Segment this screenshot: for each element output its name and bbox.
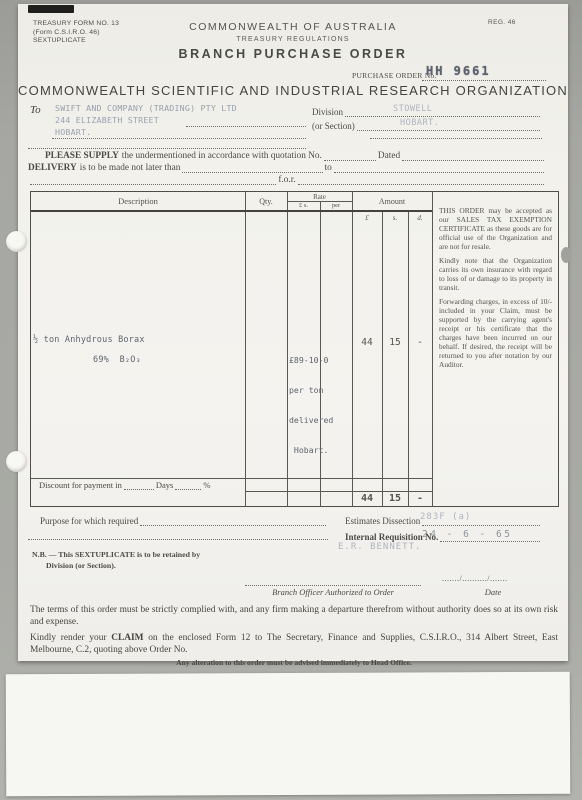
total-pence: - bbox=[408, 493, 432, 504]
purpose-label: Purpose for which required bbox=[40, 516, 138, 526]
purpose-row: Purpose for which required bbox=[40, 516, 328, 526]
reg-ref: REG. 46 bbox=[488, 19, 516, 26]
item-rate: £89-10-0 per ton delivered Hobart. bbox=[289, 335, 351, 475]
for-row: f.o.r. bbox=[28, 175, 546, 185]
delivery-to-label: to bbox=[325, 163, 332, 173]
division-line bbox=[345, 113, 540, 117]
section-value: HOBART. bbox=[400, 118, 439, 128]
page-edge-mark bbox=[561, 247, 571, 263]
division-extra-line bbox=[370, 135, 542, 139]
date-label: Date bbox=[458, 587, 528, 597]
division-value: STOWELL bbox=[393, 104, 432, 114]
for-line-2 bbox=[298, 181, 544, 185]
estimates-line bbox=[422, 522, 540, 526]
ink-smudge bbox=[28, 5, 74, 13]
claim-pre: Kindly render your bbox=[30, 633, 107, 643]
internal-req-value: 24 - 6 - 65 bbox=[422, 529, 512, 540]
delivery-lead: DELIVERY bbox=[28, 163, 77, 173]
discount-pct-line bbox=[175, 486, 201, 490]
discount-pct-label: % bbox=[203, 480, 210, 490]
commonwealth-heading: COMMONWEALTH OF AUSTRALIA bbox=[18, 21, 568, 33]
section-line bbox=[357, 127, 540, 131]
date-field: ......./........../....... bbox=[442, 574, 507, 583]
col-rate-sub1: £ s. bbox=[287, 202, 320, 209]
address-line-1 bbox=[186, 123, 306, 127]
officer-label: Branch Officer Authorized to Order bbox=[245, 587, 421, 597]
quotation-no-line bbox=[324, 157, 376, 161]
dated-label: Dated bbox=[378, 151, 400, 161]
alteration-note: Any alteration to this order must be adv… bbox=[30, 658, 558, 667]
nb-line-1: N.B. — This SEXTUPLICATE is to be retain… bbox=[32, 550, 200, 559]
page-title: BRANCH PURCHASE ORDER bbox=[18, 47, 568, 61]
for-line-1 bbox=[30, 181, 276, 185]
note-forwarding-charges: Forwarding charges, in excess of 10/- in… bbox=[439, 297, 552, 369]
claim-word: CLAIM bbox=[111, 633, 143, 643]
vendor-street: 244 ELIZABETH STREET bbox=[55, 115, 159, 125]
to-label: To bbox=[30, 104, 41, 116]
punch-hole-top bbox=[6, 231, 27, 252]
col-rate: Rate bbox=[287, 193, 352, 201]
delivery-line-1 bbox=[182, 169, 322, 173]
col-amount-shillings: s. bbox=[382, 214, 408, 222]
purchase-order-form: TREASURY FORM NO. 13 (Form C.S.I.R.O. 46… bbox=[18, 4, 568, 661]
claim-paragraph: Kindly render your CLAIM on the enclosed… bbox=[30, 633, 558, 656]
discount-row: Discount for payment in Days % bbox=[39, 480, 244, 490]
scanned-document: TREASURY FORM NO. 13 (Form C.S.I.R.O. 46… bbox=[0, 0, 582, 800]
division-label: Division bbox=[312, 107, 343, 117]
please-supply-row: PLEASE SUPPLY the undermentioned in acco… bbox=[45, 151, 546, 161]
vendor-name: SWIFT AND COMPANY (TRADING) PTY LTD bbox=[55, 103, 237, 113]
claim-post: on the enclosed Form 12 to The Secretary… bbox=[30, 633, 558, 655]
for-label: f.o.r. bbox=[278, 175, 295, 185]
please-supply-lead: PLEASE SUPPLY bbox=[45, 151, 119, 161]
please-supply-body: the undermentioned in accordance with qu… bbox=[122, 151, 322, 161]
punch-hole-bottom bbox=[6, 451, 27, 472]
col-amount-pounds: £ bbox=[352, 214, 382, 222]
item-amount-pence: - bbox=[408, 337, 432, 348]
terms-paragraph: The terms of this order must be strictly… bbox=[30, 605, 558, 628]
note-sales-tax: THIS ORDER may be accepted as our SALES … bbox=[439, 206, 552, 251]
purpose-line bbox=[140, 522, 326, 526]
col-amount: Amount bbox=[352, 197, 432, 206]
delivery-row: DELIVERY is to be made not later than to bbox=[28, 163, 546, 173]
col-rate-sub2: per bbox=[320, 202, 352, 209]
dated-line bbox=[402, 157, 544, 161]
delivery-line-2 bbox=[334, 169, 544, 173]
organization-name: COMMONWEALTH SCIENTIFIC AND INDUSTRIAL R… bbox=[18, 83, 568, 98]
purpose-line-2 bbox=[28, 536, 328, 540]
address-line-3 bbox=[28, 145, 306, 149]
discount-label: Discount for payment in bbox=[39, 480, 122, 490]
total-pounds: 44 bbox=[352, 493, 382, 504]
treasury-regulations: TREASURY REGULATIONS bbox=[18, 36, 568, 43]
item-description-line1: ½ ton Anhydrous Borax bbox=[33, 335, 145, 345]
address-line-2 bbox=[52, 135, 306, 139]
po-number-stamp: HH 9661 bbox=[426, 64, 491, 78]
order-table: Description Qty. Rate £ s. per Amount £ … bbox=[30, 191, 559, 507]
nb-line-2: Division (or Section). bbox=[46, 561, 116, 570]
item-amount-shillings: 15 bbox=[382, 337, 408, 348]
note-insurance: Kindly note that the Organization carrie… bbox=[439, 256, 552, 292]
typed-signature: E.R. BENNETT. bbox=[338, 542, 421, 552]
conditions-panel: THIS ORDER may be accepted as our SALES … bbox=[439, 206, 552, 374]
discount-days-label: Days bbox=[156, 480, 173, 490]
col-description: Description bbox=[31, 196, 245, 206]
delivery-body: is to be made not later than bbox=[80, 163, 181, 173]
discount-days-line bbox=[124, 486, 154, 490]
officer-signature-line bbox=[245, 582, 421, 586]
col-amount-pence: d. bbox=[408, 214, 432, 222]
po-number-line bbox=[422, 77, 546, 81]
total-shillings: 15 bbox=[382, 493, 408, 504]
item-amount-pounds: 44 bbox=[352, 337, 382, 348]
underlying-sheet bbox=[6, 672, 571, 796]
estimates-label: Estimates Dissection bbox=[345, 516, 420, 526]
estimates-value: 283F (a) bbox=[420, 512, 471, 522]
section-label: (or Section) bbox=[312, 121, 355, 131]
col-qty: Qty. bbox=[245, 197, 287, 206]
item-description-line2: 69% B₂O₃ bbox=[93, 355, 141, 365]
